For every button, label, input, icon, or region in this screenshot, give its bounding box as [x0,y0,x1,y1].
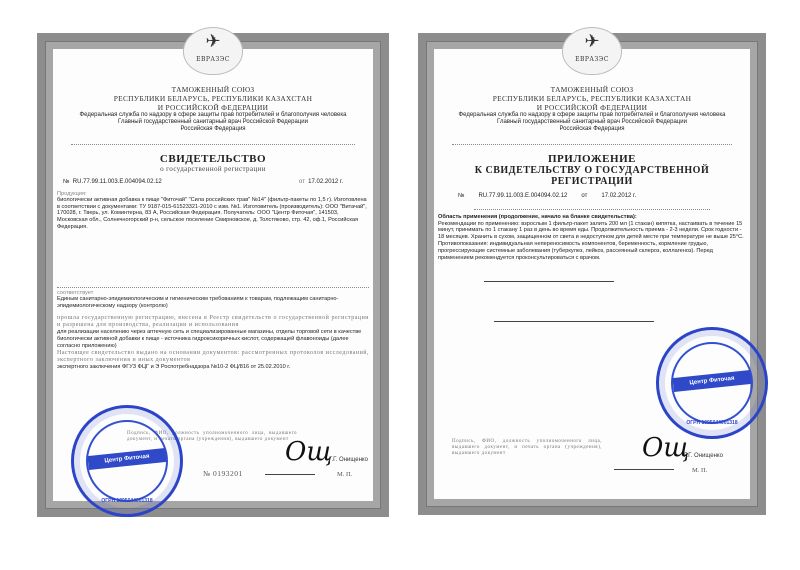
agency-line-3: Российская Федерация [53,126,373,133]
serial-number: № 0193201 [203,469,243,478]
company-stamp: Центр Фиточая ОГРН 1095044001318 [71,405,183,517]
company-stamp: Центр Фиточая ОГРН 1095044001318 [656,327,768,439]
registration-date: 17.02.2012 г. [308,179,343,185]
certificate-paper: ✈ ЕВРАЗЭС ТАМОЖЕННЫЙ СОЮЗ РЕСПУБЛИКИ БЕЛ… [53,49,373,501]
appendix-title: ПРИЛОЖЕНИЕ [434,153,750,165]
registration-statement: прошла государственную регистрацию, внес… [53,315,373,329]
signer-name: Г.Г. Онищенко [329,457,368,463]
document-title: СВИДЕТЕЛЬСТВО [53,153,373,165]
signature-caption: Подпись, ФИО, должность уполномоченного … [448,439,606,457]
registration-line: № RU.77.99.11.003.E.004094.02.12 от 17.0… [458,193,740,199]
header-line-3: И РОССИЙСКОЙ ФЕДЕРАЦИИ [434,103,750,112]
signature: Ощ [642,433,689,463]
divider [71,144,355,145]
usage-text: для реализации населению через аптечную … [53,329,373,350]
appendix-document: ✈ ЕВРАЗЭС ТАМОЖЕННЫЙ СОЮЗ РЕСПУБЛИКИ БЕЛ… [418,33,766,515]
scope-text: Рекомендации по применению: взрослым 1 ф… [434,221,750,262]
certificate-document: ✈ ЕВРАЗЭС ТАМОЖЕННЫЙ СОЮЗ РЕСПУБЛИКИ БЕЛ… [37,33,389,517]
registration-date: 17.02.2012 г. [601,193,636,199]
conforms-text: Единым санитарно-эпидемиологическим и ги… [53,296,373,310]
scope-label: Область применения (продолжение, начало … [434,214,750,221]
header-line-2: РЕСПУБЛИКИ БЕЛАРУСЬ, РЕСПУБЛИКИ КАЗАХСТА… [434,94,750,103]
document-subtitle: о государственной регистрации [53,165,373,173]
appendix-paper: ✈ ЕВРАЗЭС ТАМОЖЕННЫЙ СОЮЗ РЕСПУБЛИКИ БЕЛ… [434,49,750,499]
header-line-1: ТАМОЖЕННЫЙ СОЮЗ [434,85,750,94]
eurasec-emblem-icon: ✈ ЕВРАЗЭС [562,27,622,75]
agency-line-3: Российская Федерация [434,126,750,133]
expert-conclusion: экспертного заключения ФГУЗ ФЦГ и Э Росп… [53,364,373,371]
product-text: биологически активная добавка к пище "Фи… [53,197,373,232]
registration-number: RU.77.99.11.003.E.004094.02.12 [73,179,162,185]
basis-statement: Настоящее свидетельство выдано на основа… [53,350,373,364]
signer-name: Г.Г. Онищенко [684,453,723,459]
appendix-subtitle: К СВИДЕТЕЛЬСТВУ О ГОСУДАРСТВЕННОЙ РЕГИСТ… [434,165,750,187]
eurasec-emblem-icon: ✈ ЕВРАЗЭС [183,27,243,75]
registration-number: RU.77.99.11.003.E.004094.02.12 [478,193,567,199]
header-line-2: РЕСПУБЛИКИ БЕЛАРУСЬ, РЕСПУБЛИКИ КАЗАХСТА… [53,94,373,103]
seal-label: М. П. [337,471,352,478]
divider [452,144,732,145]
seal-label: М. П. [692,467,707,474]
signature: Ощ [285,437,332,467]
header-line-1: ТАМОЖЕННЫЙ СОЮЗ [53,85,373,94]
header-line-3: И РОССИЙСКОЙ ФЕДЕРАЦИИ [53,103,373,112]
